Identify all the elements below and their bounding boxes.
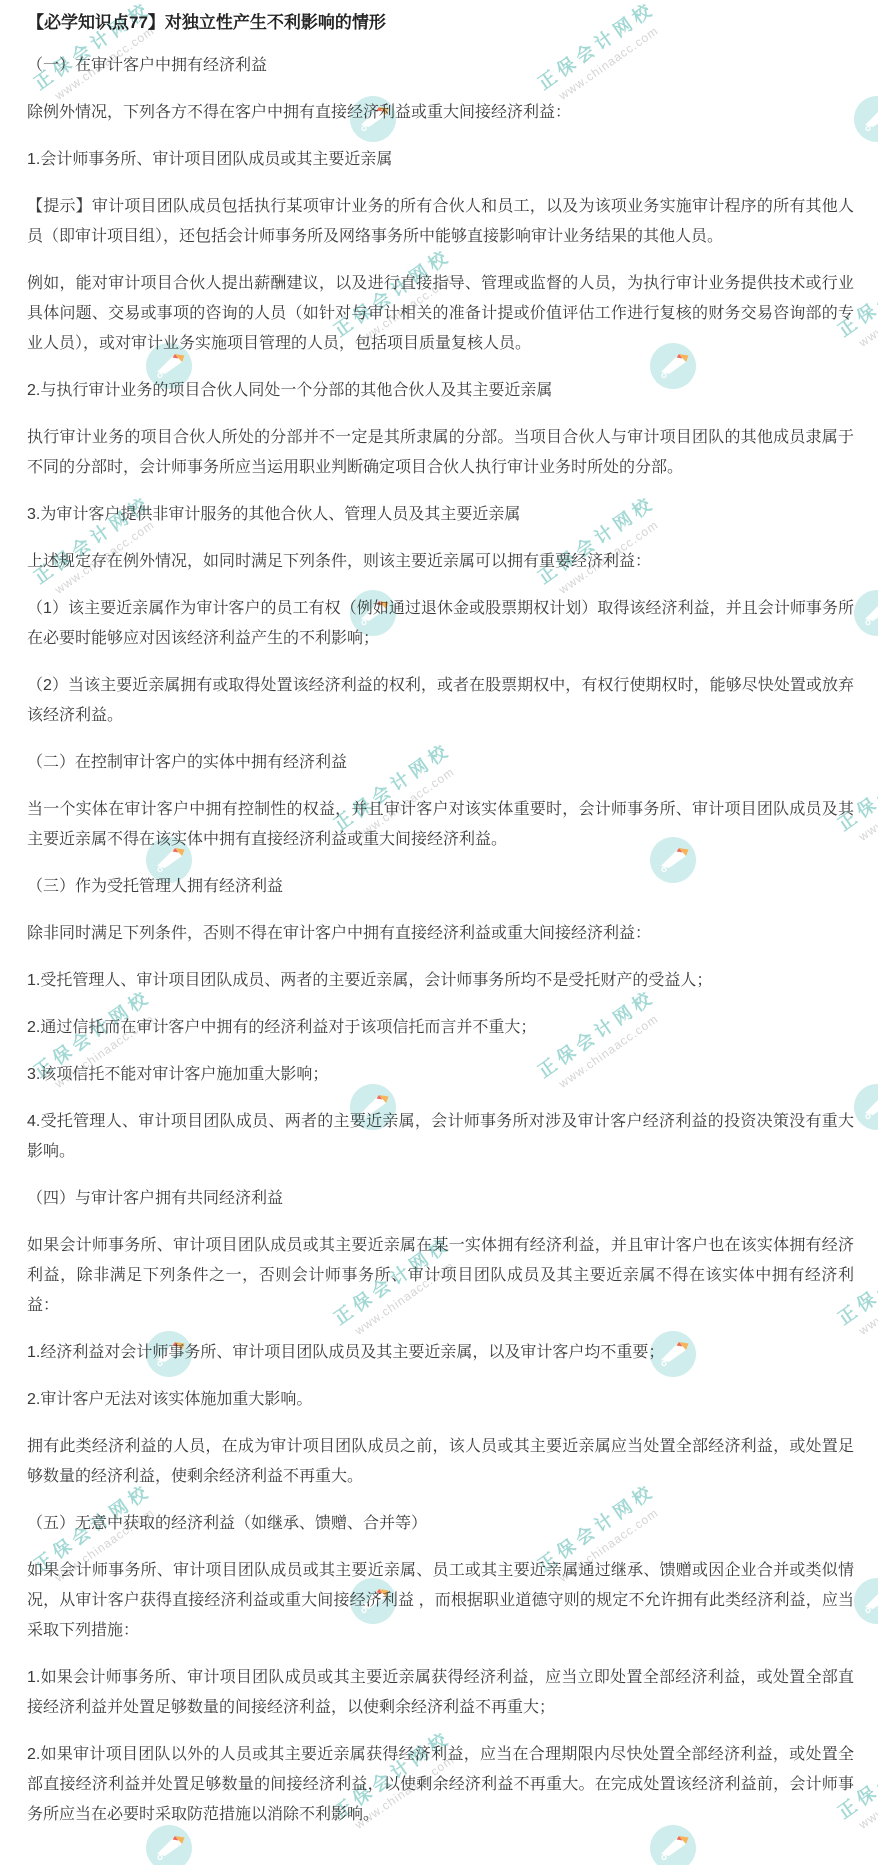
paragraph: 【提示】审计项目团队成员包括执行某项审计业务的所有合伙人和员工，以及为该项业务实… — [27, 192, 854, 252]
numbered-item: 4.受托管理人、审计项目团队成员、两者的主要近亲属，会计师事务所对涉及审计客户经… — [27, 1107, 854, 1167]
section-heading: （五）无意中获取的经济利益（如继承、馈赠、合并等） — [27, 1509, 854, 1539]
document-blocks: （一）在审计客户中拥有经济利益除例外情况，下列各方不得在客户中拥有直接经济利益或… — [27, 51, 854, 1830]
numbered-item: 2.审计客户无法对该实体施加重大影响。 — [27, 1385, 854, 1415]
numbered-item: 3.该项信托不能对审计客户施加重大影响； — [27, 1060, 854, 1090]
section-heading: （四）与审计客户拥有共同经济利益 — [27, 1184, 854, 1214]
paragraph: 除例外情况，下列各方不得在客户中拥有直接经济利益或重大间接经济利益： — [27, 98, 854, 128]
numbered-item: （1）该主要近亲属作为审计客户的员工有权（例如通过退休金或股票期权计划）取得该经… — [27, 594, 854, 654]
section-heading: （二）在控制审计客户的实体中拥有经济利益 — [27, 748, 854, 778]
paragraph: 例如，能对审计项目合伙人提出薪酬建议，以及进行直接指导、管理或监督的人员，为执行… — [27, 269, 854, 359]
numbered-item: 2.与执行审计业务的项目合伙人同处一个分部的其他合伙人及其主要近亲属 — [27, 376, 854, 406]
watermark-logo — [146, 1825, 192, 1865]
numbered-item: 1.经济利益对会计师事务所、审计项目团队成员及其主要近亲属，以及审计客户均不重要… — [27, 1338, 854, 1368]
paragraph: 执行审计业务的项目合伙人所处的分部并不一定是其所隶属的分部。当项目合伙人与审计项… — [27, 423, 854, 483]
numbered-item: 1.会计师事务所、审计项目团队成员或其主要近亲属 — [27, 145, 854, 175]
numbered-item: 1.如果会计师事务所、审计项目团队成员或其主要近亲属获得经济利益，应当立即处置全… — [27, 1663, 854, 1723]
section-heading: （三）作为受托管理人拥有经济利益 — [27, 872, 854, 902]
paper-plane-logo-icon — [146, 1825, 192, 1865]
section-heading: （一）在审计客户中拥有经济利益 — [27, 51, 854, 81]
paragraph: 当一个实体在审计客户中拥有控制性的权益，并且审计客户对该实体重要时，会计师事务所… — [27, 795, 854, 855]
paragraph: 如果会计师事务所、审计项目团队成员或其主要近亲属、员工或其主要近亲属通过继承、馈… — [27, 1556, 854, 1646]
paragraph: 拥有此类经济利益的人员，在成为审计项目团队成员之前，该人员或其主要近亲属应当处置… — [27, 1432, 854, 1492]
numbered-item: 1.受托管理人、审计项目团队成员、两者的主要近亲属，会计师事务所均不是受托财产的… — [27, 966, 854, 996]
watermark-logo — [650, 1825, 696, 1865]
numbered-item: 3.为审计客户提供非审计服务的其他合伙人、管理人员及其主要近亲属 — [27, 500, 854, 530]
numbered-item: （2）当该主要近亲属拥有或取得处置该经济利益的权利，或者在股票期权中，有权行使期… — [27, 671, 854, 731]
document-body: 【必学知识点77】对独立性产生不利影响的情形 （一）在审计客户中拥有经济利益除例… — [0, 0, 878, 1830]
paragraph: 如果会计师事务所、审计项目团队成员或其主要近亲属在某一实体拥有经济利益，并且审计… — [27, 1231, 854, 1321]
page-title: 【必学知识点77】对独立性产生不利影响的情形 — [27, 12, 854, 34]
paragraph: 除非同时满足下列条件，否则不得在审计客户中拥有直接经济利益或重大间接经济利益： — [27, 919, 854, 949]
numbered-item: 2.如果审计项目团队以外的人员或其主要近亲属获得经济利益，应当在合理期限内尽快处… — [27, 1740, 854, 1830]
paragraph: 上述规定存在例外情况，如同时满足下列条件，则该主要近亲属可以拥有重要经济利益： — [27, 547, 854, 577]
numbered-item: 2.通过信托而在审计客户中拥有的经济利益对于该项信托而言并不重大； — [27, 1013, 854, 1043]
paper-plane-logo-icon — [650, 1825, 696, 1865]
